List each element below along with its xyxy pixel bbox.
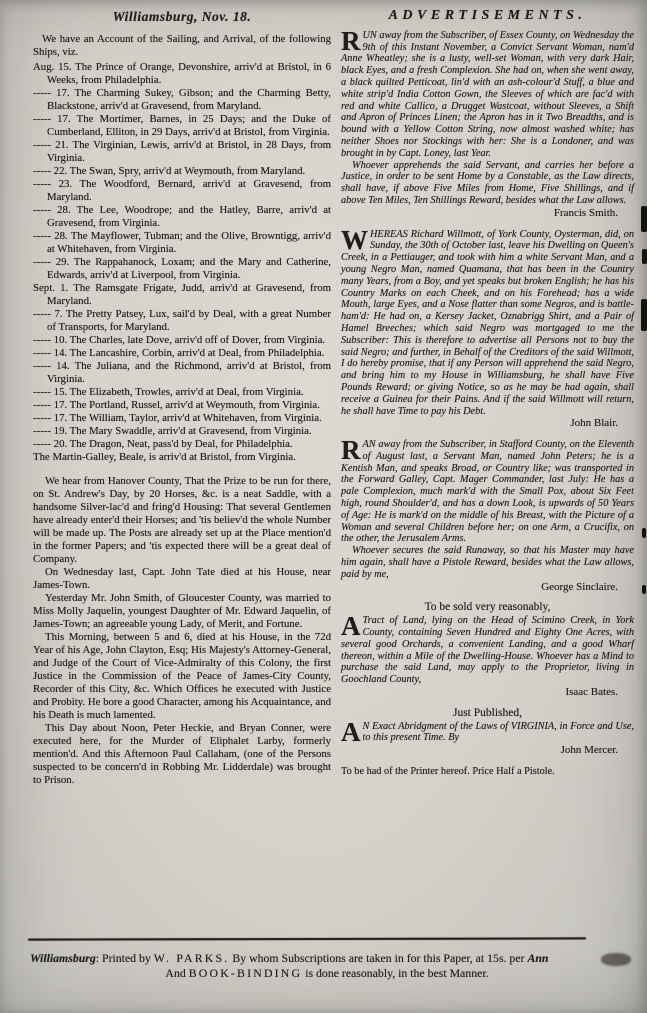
ship-entry: ----- 17. The Mortimer, Barnes, in 25 Da… xyxy=(33,113,331,139)
ad-body: WHEREAS Richard Willmott, of York County… xyxy=(341,229,634,418)
ship-entry: ----- 23. The Woodford, Bernard, arriv'd… xyxy=(33,178,331,204)
ships-intro: We have an Account of the Sailing, and A… xyxy=(33,33,331,59)
ad-dropcap: R xyxy=(341,439,363,461)
ad-signature: Francis Smith. xyxy=(341,208,634,220)
footer-rule xyxy=(28,937,586,940)
imprint: Williamsburg: Printed by W. PARKS. By wh… xyxy=(30,951,624,981)
ad-heading: Just Published, xyxy=(341,708,634,720)
ad-just-published: Just Published, AN Exact Abridgment of t… xyxy=(341,708,634,778)
local-news: We hear from Hanover County, That the Pr… xyxy=(33,475,331,787)
ship-entry: ----- 14. The Lancashire, Corbin, arriv'… xyxy=(33,347,331,360)
ink-smudge xyxy=(641,206,647,232)
ship-entry: ----- 17. The Portland, Russel, arriv'd … xyxy=(33,399,331,412)
ad-dropcap: W xyxy=(341,229,370,251)
ship-entry: ----- 19. The Mary Swaddle, arriv'd at G… xyxy=(33,425,331,438)
ship-entry: ----- 28. The Mayflower, Tubman; and the… xyxy=(33,230,331,256)
ship-entry: ----- 29. The Rappahanock, Loxam; and th… xyxy=(33,256,331,282)
ink-smudge xyxy=(642,249,647,264)
news-item: On Wednesday last, Capt. John Tate died … xyxy=(33,566,331,592)
ship-entry: ----- 7. The Pretty Patsey, Lux, sail'd … xyxy=(33,308,331,334)
news-item: Yesterday Mr. John Smith, of Gloucester … xyxy=(33,592,331,631)
ship-entry: ----- 10. The Charles, late Dove, arriv'… xyxy=(33,334,331,347)
ad-signature: John Mercer. xyxy=(341,745,634,757)
left-column: Williamsburg, Nov. 18. We have an Accoun… xyxy=(33,8,331,787)
ink-smudge xyxy=(642,528,646,538)
ship-entry: ----- 15. The Elizabeth, Trowles, arriv'… xyxy=(33,386,331,399)
ship-entry: ----- 21. The Virginian, Lewis, arriv'd … xyxy=(33,139,331,165)
ship-entry: ----- 22. The Swan, Spry, arriv'd at Wey… xyxy=(33,165,331,178)
ad-reward-paragraph: Whoever secures the said Runaway, so tha… xyxy=(341,545,634,580)
ad-reward-paragraph: Whoever apprehends the said Servant, and… xyxy=(341,160,634,207)
imprint-line-2: And BOOK-BINDING is done reasonably, in … xyxy=(30,966,624,981)
ad-signature: George Sinclaire. xyxy=(341,582,634,594)
ship-entry: Sept. 1. The Ramsgate Frigate, Judd, arr… xyxy=(33,282,331,308)
ship-entry: Aug. 15. The Prince of Orange, Devonshir… xyxy=(33,61,331,87)
ship-entry: ----- 28. The Lee, Woodrope; and the Hat… xyxy=(33,204,331,230)
ship-entry: ----- 17. The Charming Sukey, Gibson; an… xyxy=(33,87,331,113)
ad-signature: John Blair. xyxy=(341,418,634,430)
ad-body: RAN away from the Subscriber, in Staffor… xyxy=(341,439,634,545)
ad-dropcap: A xyxy=(341,615,363,637)
ship-entry: ----- 17. The William, Taylor, arriv'd a… xyxy=(33,412,331,425)
imprint-line-1: Williamsburg: Printed by W. PARKS. By wh… xyxy=(30,951,624,966)
news-item: This Day about Noon, Peter Heckie, and B… xyxy=(33,722,331,787)
ad-dropcap: R xyxy=(341,30,363,52)
ad-runaway-peters: RAN away from the Subscriber, in Staffor… xyxy=(341,439,634,593)
newspaper-page: Williamsburg, Nov. 18. We have an Accoun… xyxy=(0,0,647,1013)
news-item: We hear from Hanover County, That the Pr… xyxy=(33,475,331,566)
ad-postscript: To be had of the Printer hereof. Price H… xyxy=(341,766,634,778)
right-column: ADVERTISEMENTS. RUN away from the Subscr… xyxy=(341,8,634,778)
ship-entry: The Martin-Galley, Beale, is arriv'd at … xyxy=(33,451,331,464)
news-item: This Morning, between 5 and 6, died at h… xyxy=(33,631,331,722)
ship-entry: ----- 14. The Juliana, and the Richmond,… xyxy=(33,360,331,386)
ad-body: AN Exact Abridgment of the Laws of VIRGI… xyxy=(341,721,634,745)
advertisements-heading: ADVERTISEMENTS. xyxy=(341,10,634,22)
ad-runaway-wheatley: RUN away from the Subscriber, of Essex C… xyxy=(341,30,634,220)
ad-dropcap: A xyxy=(341,721,363,743)
ink-smudge xyxy=(601,953,631,966)
ad-body: ATract of Land, lying on the Head of Sci… xyxy=(341,615,634,686)
ad-willmott-notice: WHEREAS Richard Willmott, of York County… xyxy=(341,229,634,431)
ink-smudge xyxy=(641,299,647,331)
ink-smudge xyxy=(642,585,646,594)
ship-entry: ----- 20. The Dragon, Neat, pass'd by De… xyxy=(33,438,331,451)
ad-signature: Isaac Bates. xyxy=(341,687,634,699)
dateline: Williamsburg, Nov. 18. xyxy=(33,10,331,23)
ad-body: RUN away from the Subscriber, of Essex C… xyxy=(341,30,634,160)
ad-land-sale: To be sold very reasonably, ATract of La… xyxy=(341,602,634,698)
ad-heading: To be sold very reasonably, xyxy=(341,602,634,614)
